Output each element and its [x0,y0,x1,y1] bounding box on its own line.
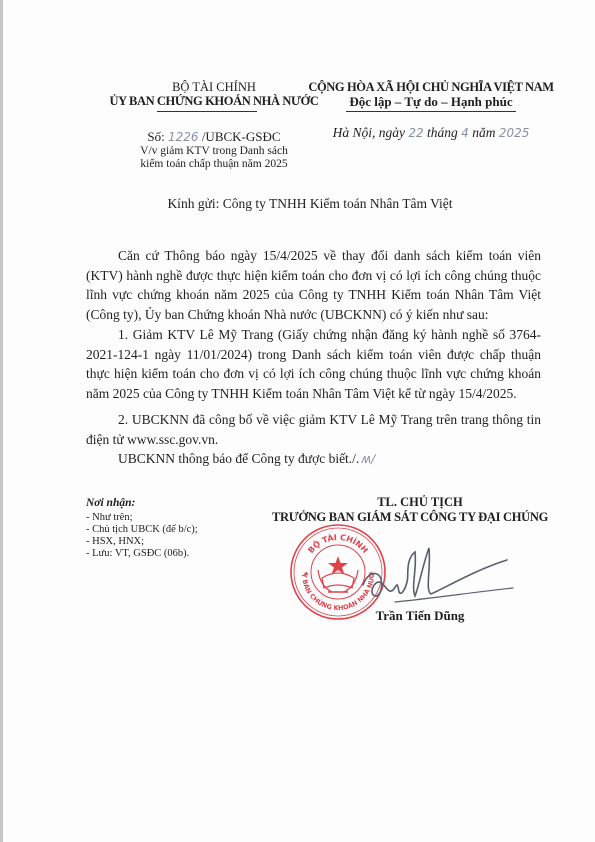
initial-mark: ʍ∕ [361,452,375,466]
recipient-item: - Lưu: VT, GSĐC (06b). [86,548,189,559]
recipient-item: - Chủ tịch UBCK (để b/c); [86,524,198,535]
body-paragraph-3: 2. UBCKNN đã công bố về việc giảm KTV Lê… [86,410,541,449]
recipient-item: - Như trên; [86,512,133,523]
signature-on-behalf: TL. CHỦ TỊCH [230,495,595,510]
signature-position: TRƯỞNG BAN GIÁM SÁT CÔNG TY ĐẠI CHÚNG [230,510,590,525]
date-year: 2025 [499,126,530,140]
date-prefix: Hà Nội, ngày [333,125,405,140]
doc-no-prefix: Số: [147,129,164,144]
doc-no-handwritten: 1226 [168,130,199,144]
dateline: Hà Nội, ngày 22 tháng 4 năm 2025 [300,125,562,141]
subject-line-2: kiểm toán chấp thuận năm 2025 [90,158,338,170]
paragraph-text: 1. Giảm KTV Lê Mỹ Trang (Giấy chứng nhận… [86,327,541,401]
date-month-label: tháng [427,125,458,140]
doc-no-suffix: /UBCK-GSĐC [202,129,281,144]
svg-text:★: ★ [303,570,309,578]
body-paragraph-4: UBCKNN thông báo để Công ty được biết./.… [86,449,541,470]
signer-name: Trần Tiến Dũng [370,608,470,624]
date-year-label: năm [472,125,495,140]
handwritten-signature-icon [355,540,515,615]
header-right-underline [346,111,516,112]
paragraph-text: 2. UBCKNN đã công bố về việc giảm KTV Lê… [86,412,541,447]
header-left-underline [157,111,257,112]
paragraph-text: Căn cứ Thông báo ngày 15/4/2025 về thay … [86,248,541,322]
recipient-item: - HSX, HNX; [86,536,144,547]
national-motto: Độc lập – Tự do – Hạnh phúc [300,94,562,110]
salutation: Kính gửi: Công ty TNHH Kiểm toán Nhân Tâ… [70,196,550,212]
paragraph-text: UBCKNN thông báo để Công ty được biết./. [118,451,359,466]
date-month: 4 [461,126,469,140]
republic-name: CỘNG HÒA XÃ HỘI CHỦ NGHĨA VIỆT NAM [300,80,562,95]
body-paragraph-1: Căn cứ Thông báo ngày 15/4/2025 về thay … [86,246,541,324]
subject-line-1: V/v giảm KTV trong Danh sách [90,145,338,157]
body-paragraph-2: 1. Giảm KTV Lê Mỹ Trang (Giấy chứng nhận… [86,325,541,403]
recipients-title: Nơi nhận: [86,497,135,509]
scan-edge [0,0,3,842]
date-day: 22 [408,126,423,140]
